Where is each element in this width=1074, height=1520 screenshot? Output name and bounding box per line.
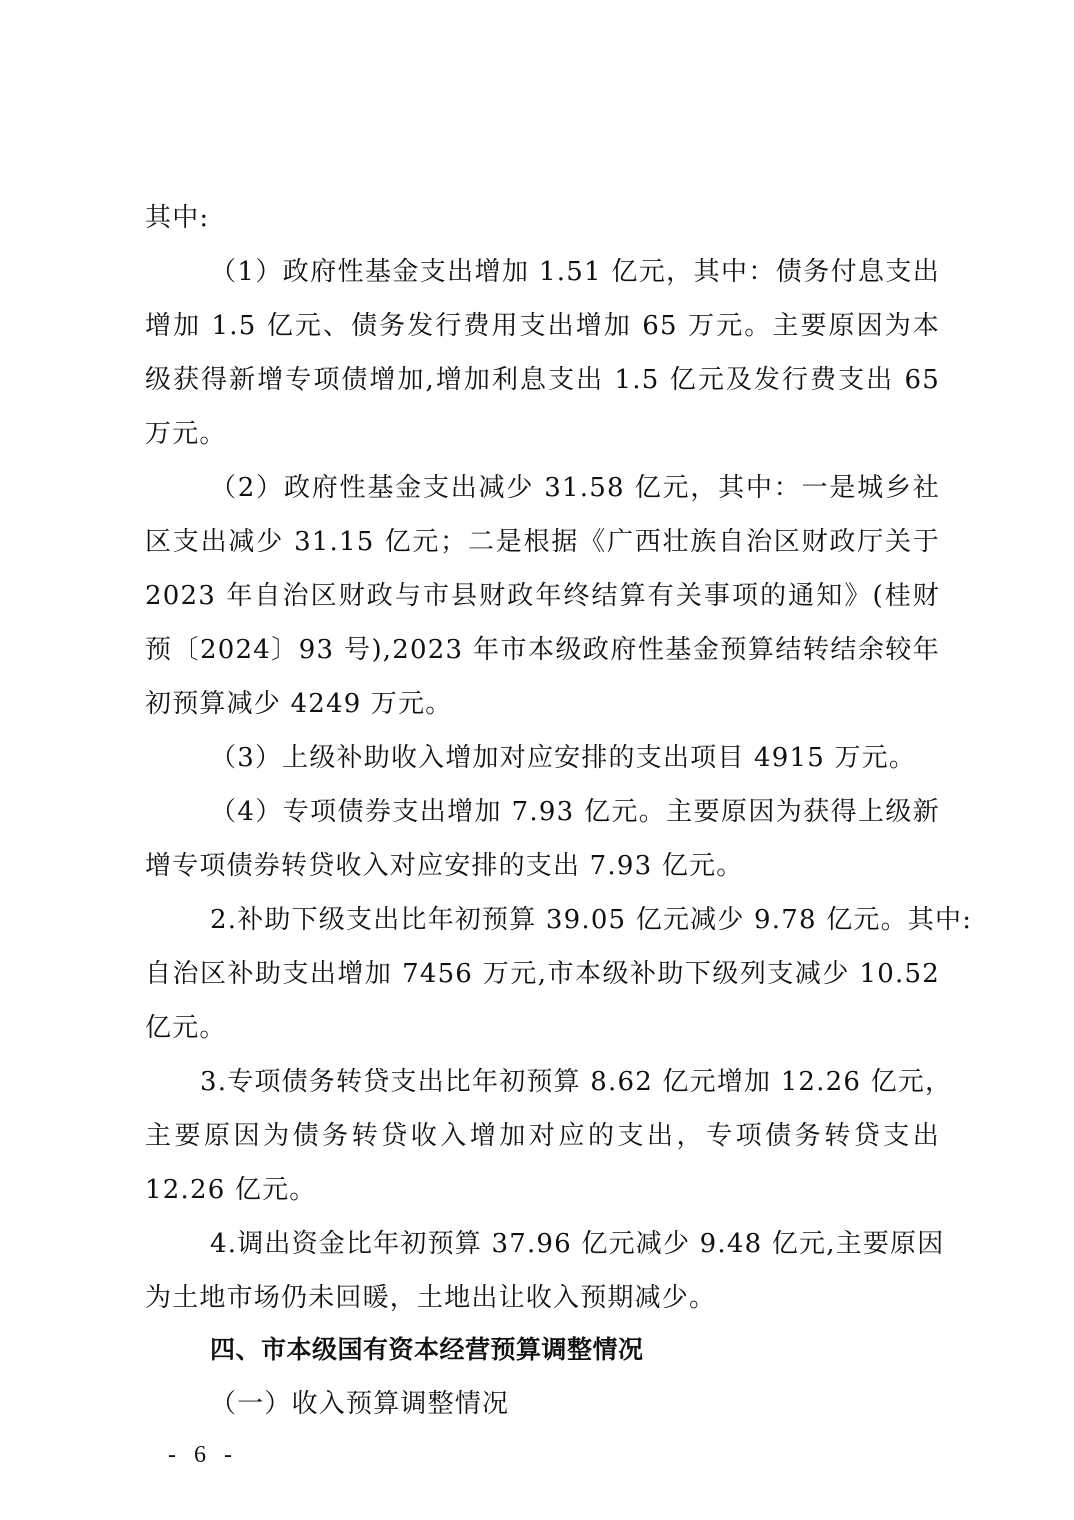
text-line: 级获得新增专项债增加,增加利息支出 1.5 亿元及发行费支出 65 — [145, 364, 940, 396]
text-line: （3）上级补助收入增加对应安排的支出项目 4915 万元。 — [210, 742, 940, 774]
text-line: 万元。 — [145, 418, 940, 450]
text-line: 区支出减少 31.15 亿元；二是根据《广西壮族自治区财政厅关于 — [145, 526, 940, 558]
section-heading: 四、市本级国有资本经营预算调整情况 — [210, 1334, 940, 1366]
text-line: （4）专项债券支出增加 7.93 亿元。主要原因为获得上级新 — [210, 796, 940, 828]
text-line: （2）政府性基金支出减少 31.58 亿元，其中：一是城乡社 — [210, 472, 940, 504]
text-line: （1）政府性基金支出增加 1.51 亿元，其中：债务付息支出 — [210, 256, 940, 288]
text-line: 2023 年自治区财政与市县财政年终结算有关事项的通知》(桂财 — [145, 580, 940, 612]
text-line: 亿元。 — [145, 1012, 940, 1044]
text-line: 为土地市场仍未回暖，土地出让收入预期减少。 — [145, 1282, 940, 1314]
text-line: 4.调出资金比年初预算 37.96 亿元减少 9.48 亿元,主要原因 — [210, 1228, 940, 1260]
text-line: 12.26 亿元。 — [145, 1174, 940, 1206]
text-line: 2.补助下级支出比年初预算 39.05 亿元减少 9.78 亿元。其中: — [210, 904, 940, 936]
page-number: - 6 - — [168, 1440, 238, 1470]
text-line: 3.专项债务转贷支出比年初预算 8.62 亿元增加 12.26 亿元， — [200, 1066, 940, 1098]
text-line: 自治区补助支出增加 7456 万元,市本级补助下级列支减少 10.52 — [145, 958, 940, 990]
text-line: 增专项债券转贷收入对应安排的支出 7.93 亿元。 — [145, 850, 940, 882]
text-line: 预〔2024〕93 号),2023 年市本级政府性基金预算结转结余较年 — [145, 634, 940, 666]
text-line: 主要原因为债务转贷收入增加对应的支出，专项债务转贷支出 — [145, 1120, 940, 1152]
text-line: 其中: — [145, 202, 940, 234]
document-page: 其中: （1）政府性基金支出增加 1.51 亿元，其中：债务付息支出 增加 1.… — [0, 0, 1074, 1520]
text-line: 增加 1.5 亿元、债务发行费用支出增加 65 万元。主要原因为本 — [145, 310, 940, 342]
text-line: 初预算减少 4249 万元。 — [145, 688, 940, 720]
subsection-heading: （一）收入预算调整情况 — [210, 1388, 940, 1420]
